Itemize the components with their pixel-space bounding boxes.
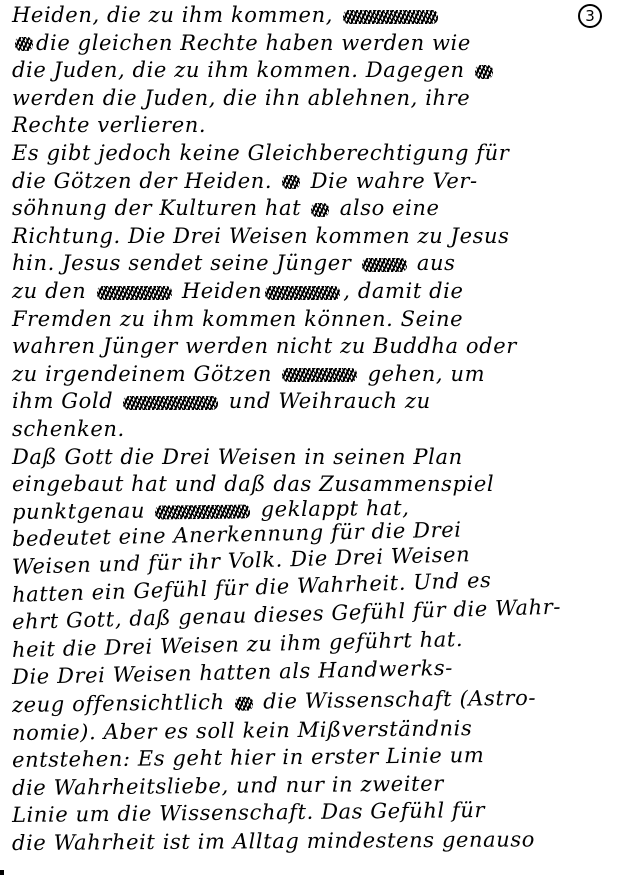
manuscript-line: die Wahrheitsliebe, und nur in zweiter <box>12 771 444 800</box>
crossed-out-word <box>265 286 340 300</box>
line-text: söhnung der Kulturen hat <box>12 196 308 220</box>
manuscript-line: Daß Gott die Drei Weisen in seinen Plan <box>12 445 463 469</box>
manuscript-page: 3 Heiden, die zu ihm kommen, die gleiche… <box>0 0 638 877</box>
line-text: die Juden, die zu ihm kommen. Dagegen <box>12 58 472 82</box>
crossed-out-word <box>282 175 300 189</box>
line-text: zu irgendeinem Götzen <box>12 362 279 386</box>
line-text: die Wahrheit ist im Alltag mindestens ge… <box>12 827 535 855</box>
line-text: , damit die <box>343 279 463 303</box>
manuscript-line: Linie um die Wissenschaft. Das Gefühl fü… <box>12 798 485 827</box>
line-text: die Wissenschaft (Astro- <box>256 686 537 714</box>
line-text: die gleichen Rechte haben werden wie <box>36 31 471 55</box>
line-text: geklappt hat, <box>253 496 409 522</box>
line-text: zeug offensichtlich <box>12 690 232 717</box>
line-text: Rechte verlieren. <box>12 113 206 137</box>
line-text: ihm Gold <box>12 389 120 413</box>
line-text: Heiden, die zu ihm kommen, <box>12 3 340 27</box>
crossed-out-word <box>311 203 329 217</box>
manuscript-line: die gleichen Rechte haben werden wie <box>12 31 471 55</box>
line-text: werden die Juden, die ihn ablehnen, ihre <box>12 86 470 110</box>
crossed-out-word <box>123 396 218 410</box>
line-text: punktgenau <box>12 498 153 523</box>
line-text: Die wahre Ver- <box>303 169 477 193</box>
manuscript-line: zu den Heiden, damit die <box>12 279 464 303</box>
line-text: Die Drei Weisen hatten als Handwerks- <box>12 656 453 689</box>
line-text: Es gibt jedoch keine Gleichberechtigung … <box>12 141 509 165</box>
line-text: also eine <box>332 196 439 220</box>
line-text: aus <box>410 251 456 275</box>
manuscript-line: zeug offensichtlich die Wissenschaft (As… <box>12 686 536 717</box>
line-text: Richtung. Die Drei Weisen kommen zu Jesu… <box>12 224 509 248</box>
line-text: entstehen: Es geht hier in erster Linie … <box>12 743 485 772</box>
manuscript-line: wahren Jünger werden nicht zu Buddha ode… <box>12 334 517 358</box>
manuscript-line: entstehen: Es geht hier in erster Linie … <box>12 743 485 772</box>
line-text: die Götzen der Heiden. <box>12 169 279 193</box>
manuscript-line: werden die Juden, die ihn ablehnen, ihre <box>12 86 470 110</box>
manuscript-line: Die Drei Weisen hatten als Handwerks- <box>12 656 453 689</box>
manuscript-line: schenken. <box>12 417 125 441</box>
crossed-out-word <box>475 65 493 79</box>
line-text: Fremden zu ihm kommen können. Seine <box>12 307 463 331</box>
manuscript-line: Richtung. Die Drei Weisen kommen zu Jesu… <box>12 224 509 248</box>
line-text: Linie um die Wissenschaft. Das Gefühl fü… <box>12 798 485 827</box>
line-text: Heiden <box>175 279 263 303</box>
page-number-badge: 3 <box>578 4 602 28</box>
manuscript-line: die Juden, die zu ihm kommen. Dagegen <box>12 58 496 82</box>
manuscript-line: zu irgendeinem Götzen gehen, um <box>12 362 485 386</box>
crossed-out-word <box>97 286 172 300</box>
line-text: eingebaut hat und daß das Zusammenspiel <box>12 472 494 496</box>
line-text: und Weihrauch zu <box>221 389 430 413</box>
scan-artifact-mark <box>0 870 4 875</box>
crossed-out-word <box>155 504 250 519</box>
manuscript-line: ihm Gold und Weihrauch zu <box>12 389 431 413</box>
manuscript-line: hin. Jesus sendet seine Jünger aus <box>12 251 456 275</box>
manuscript-line: Fremden zu ihm kommen können. Seine <box>12 307 463 331</box>
crossed-out-word <box>235 696 253 710</box>
manuscript-line: Heiden, die zu ihm kommen, <box>12 3 441 27</box>
manuscript-line: Rechte verlieren. <box>12 113 206 137</box>
line-text: Daß Gott die Drei Weisen in seinen Plan <box>12 445 463 469</box>
manuscript-line: die Götzen der Heiden. Die wahre Ver- <box>12 169 478 193</box>
manuscript-line: nomie). Aber es soll kein Mißverständnis <box>12 716 473 745</box>
manuscript-line: söhnung der Kulturen hat also eine <box>12 196 440 220</box>
crossed-out-word <box>362 258 407 272</box>
manuscript-line: die Wahrheit ist im Alltag mindestens ge… <box>12 827 535 855</box>
line-text: schenken. <box>12 417 125 441</box>
manuscript-line: Es gibt jedoch keine Gleichberechtigung … <box>12 141 509 165</box>
crossed-out-word <box>343 10 438 24</box>
line-text: die Wahrheitsliebe, und nur in zweiter <box>12 771 444 800</box>
manuscript-line: eingebaut hat und daß das Zusammenspiel <box>12 472 494 496</box>
line-text: hin. Jesus sendet seine Jünger <box>12 251 359 275</box>
line-text: wahren Jünger werden nicht zu Buddha ode… <box>12 334 517 358</box>
line-text: zu den <box>12 279 94 303</box>
crossed-out-word <box>15 37 33 51</box>
line-text: gehen, um <box>360 362 485 386</box>
crossed-out-word <box>282 368 357 382</box>
line-text: nomie). Aber es soll kein Mißverständnis <box>12 716 473 745</box>
